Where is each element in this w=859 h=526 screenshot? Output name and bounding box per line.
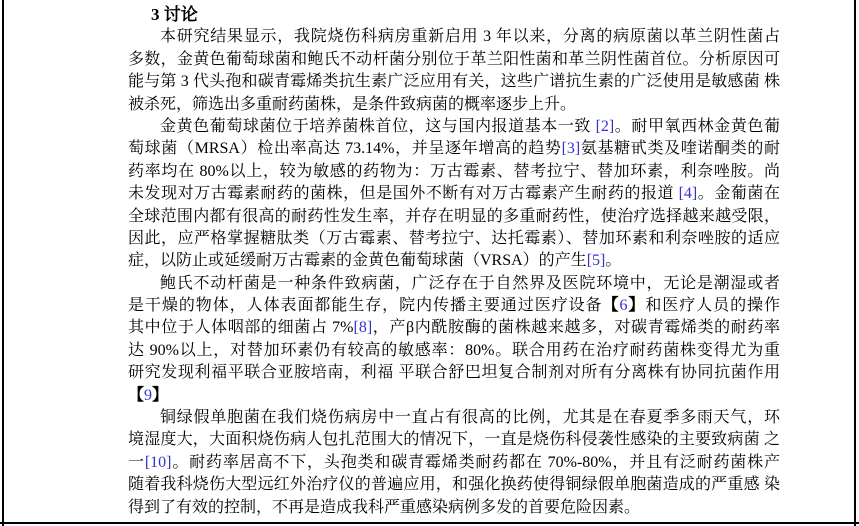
text-run: 是干燥的物体，人体表面都能生存，院内传播主要通过医疗设备 bbox=[128, 297, 602, 314]
text-line: 药率均在 80%以上，较为敏感的药物为：万古霉素、替考拉宁、替加环素，利奈唑胺。… bbox=[128, 161, 780, 183]
text-run: 被杀死，筛选出多重耐药菌株，是条件致病菌的概率逐步上升。 bbox=[128, 96, 576, 113]
text-line: 症，以防止或延缓耐万古霉素的金黄色葡萄球菌（VRSA）的产生[5]。 bbox=[128, 250, 780, 272]
text-line: 【9】 bbox=[128, 385, 780, 407]
text-run: 金黄色葡萄球菌位于培养菌株首位，这与国内报道基本一致 bbox=[160, 118, 596, 135]
page-border-bottom bbox=[0, 522, 859, 524]
text-run: 能与第 3 代头孢和碳青霉烯类抗生素广泛应用有关，这些广谱抗生素的广泛使用是敏感… bbox=[128, 73, 780, 90]
text-run: 。耐药率居高不下，头孢类和碳青霉烯类耐药都在 70%-80%，并且有泛耐药菌株产… bbox=[128, 454, 780, 474]
text-line: 随着我科烧伤大型远红外治疗仪的普遍应用，和强化换药使得铜绿假单胞菌造成的严重感 … bbox=[128, 474, 780, 496]
text-run: 症，以防止或延缓耐万古霉素的金黄色葡萄球菌（VRSA）的产生 bbox=[128, 252, 587, 269]
text-run: 境湿度大，大面积烧伤病人包扎范围大的情况下，一直是烧伤科侵袭性感染的主要致病菌 … bbox=[128, 431, 780, 448]
citation-bracket: 】 bbox=[152, 387, 168, 404]
paragraphs-container: 本研究结果显示，我院烧伤科病房重新启用 3 年以来，分离的病原菌以革兰阴性菌占多… bbox=[128, 26, 780, 519]
citation-ref: [5] bbox=[587, 252, 606, 269]
text-line: 是干燥的物体，人体表面都能生存，院内传播主要通过医疗设备【6】和医疗人员的操作【… bbox=[128, 295, 780, 317]
text-run: 萄球菌（MRSA）检出率高达 73.14%，并呈逐年增高的趋势 bbox=[128, 140, 562, 157]
text-run: 。金葡菌在 bbox=[697, 185, 780, 202]
text-run: 未发现对万古霉素耐药的菌株，但是国外不断有对万古霉素产生耐药的报道 bbox=[128, 185, 679, 202]
text-run: ，产β内酰胺酶的菌株越来越多，对碳青霉烯类的耐药率 bbox=[372, 319, 780, 336]
text-run: 和医疗人员的操作 bbox=[645, 297, 780, 314]
page-border-right bbox=[854, 0, 856, 526]
text-line: 研究发现利福平联合亚胺培南，利福 平联合舒巴坦复合制剂对所有分离株有协同抗菌作用 bbox=[128, 362, 780, 384]
text-run: 鲍氏不动杆菌是一种条件致病菌，广泛存在于自然界及医院环境中，无论是潮湿或者 bbox=[160, 275, 780, 292]
text-line: 金黄色葡萄球菌位于培养菌株首位，这与国内报道基本一致 [2]。耐甲氧西林金黄色葡 bbox=[128, 116, 780, 138]
citation-ref: [10] bbox=[145, 454, 172, 471]
text-line: 其中位于人体咽部的细菌占 7%[8]，产β内酰胺酶的菌株越来越多，对碳青霉烯类的… bbox=[128, 317, 780, 339]
text-run: 得到了有效的控制，不再是造成我科严重感染病例多发的首要危险因素。 bbox=[128, 499, 640, 516]
paragraph: 本研究结果显示，我院烧伤科病房重新启用 3 年以来，分离的病原菌以革兰阴性菌占多… bbox=[128, 26, 780, 116]
citation-ref: [2] bbox=[596, 118, 615, 135]
text-run: 达 90%以上，对替加环素仍有较高的敏感率：80%。联合用药在治疗耐药菌株变得尤… bbox=[128, 342, 780, 362]
text-line: 境湿度大，大面积烧伤病人包扎范围大的情况下，一直是烧伤科侵袭性感染的主要致病菌 … bbox=[128, 429, 780, 451]
text-run: 一 bbox=[128, 454, 145, 471]
text-run: 研究发现利福平联合亚胺培南，利福 平联合舒巴坦复合制剂对所有分离株有协同抗菌作用 bbox=[128, 364, 780, 381]
citation-ref: [8] bbox=[354, 319, 373, 336]
text-line: 未发现对万古霉素耐药的菌株，但是国外不断有对万古霉素产生耐药的报道 [4]。金葡… bbox=[128, 183, 780, 205]
citation-ref: [4] bbox=[679, 185, 698, 202]
text-line: 多数，金黄色葡萄球菌和鲍氏不动杆菌分别位于革兰阳性菌和革兰阴性菌首位。分析原因可 bbox=[128, 49, 780, 71]
text-run: 。 bbox=[605, 252, 621, 269]
text-line: 能与第 3 代头孢和碳青霉烯类抗生素广泛应用有关，这些广谱抗生素的广泛使用是敏感… bbox=[128, 71, 780, 93]
citation-bracket: 【 bbox=[128, 387, 144, 404]
text-run: 铜绿假单胞菌在我们烧伤病房中一直占有很高的比例，尤其是在春夏季多雨天气，环 bbox=[160, 409, 780, 426]
text-run: 随着我科烧伤大型远红外治疗仪的普遍应用，和强化换药使得铜绿假单胞菌造成的严重感 … bbox=[128, 476, 780, 493]
text-line: 因此，应严格掌握糖肽类（万古霉素、替考拉宁、达托霉素）、替加环素和利奈唑胺的适应 bbox=[128, 228, 780, 250]
text-line: 鲍氏不动杆菌是一种条件致病菌，广泛存在于自然界及医院环境中，无论是潮湿或者 bbox=[128, 273, 780, 295]
document-page: 3 讨论 本研究结果显示，我院烧伤科病房重新启用 3 年以来，分离的病原菌以革兰… bbox=[0, 0, 859, 526]
text-line: 被杀死，筛选出多重耐药菌株，是条件致病菌的概率逐步上升。 bbox=[128, 94, 780, 116]
text-line: 全球范围内都有很高的耐药性发生率，并存在明显的多重耐药性，使治疗选择越来越受限， bbox=[128, 206, 780, 228]
text-run: 全球范围内都有很高的耐药性发生率，并存在明显的多重耐药性，使治疗选择越来越受限， bbox=[128, 208, 780, 225]
paragraph: 鲍氏不动杆菌是一种条件致病菌，广泛存在于自然界及医院环境中，无论是潮湿或者是干燥… bbox=[128, 273, 780, 407]
citation-ref: 9 bbox=[144, 387, 152, 404]
text-run: 药率均在 80%以上，较为敏感的药物为：万古霉素、替考拉宁、替加环素，利奈唑胺。… bbox=[128, 163, 780, 180]
text-run: 其中位于人体咽部的细菌占 7% bbox=[128, 319, 354, 336]
citation-bracket: 】 bbox=[627, 297, 645, 314]
text-line: 得到了有效的控制，不再是造成我科严重感染病例多发的首要危险因素。 bbox=[128, 497, 780, 519]
text-line: 铜绿假单胞菌在我们烧伤病房中一直占有很高的比例，尤其是在春夏季多雨天气，环 bbox=[128, 407, 780, 429]
page-border-left bbox=[2, 0, 4, 526]
citation-ref: [3] bbox=[562, 140, 581, 157]
text-run: 因此，应严格掌握糖肽类（万古霉素、替考拉宁、达托霉素）、替加环素和利奈唑胺的适应 bbox=[128, 230, 780, 247]
section-heading: 3 讨论 bbox=[128, 4, 780, 26]
text-run: 本研究结果显示，我院烧伤科病房重新启用 3 年以来，分离的病原菌以革兰阴性菌占 bbox=[160, 28, 780, 45]
text-run: 多数，金黄色葡萄球菌和鲍氏不动杆菌分别位于革兰阳性菌和革兰阴性菌首位。分析原因可 bbox=[128, 51, 780, 68]
text-line: 萄球菌（MRSA）检出率高达 73.14%，并呈逐年增高的趋势[3]氨基糖甙类及… bbox=[128, 138, 780, 160]
document-content: 3 讨论 本研究结果显示，我院烧伤科病房重新启用 3 年以来，分离的病原菌以革兰… bbox=[128, 4, 780, 519]
citation-bracket: 【 bbox=[602, 297, 619, 314]
text-run: 氨基糖甙类及喹诺酮类的耐 bbox=[580, 140, 780, 157]
paragraph: 铜绿假单胞菌在我们烧伤病房中一直占有很高的比例，尤其是在春夏季多雨天气，环境湿度… bbox=[128, 407, 780, 519]
paragraph: 金黄色葡萄球菌位于培养菌株首位，这与国内报道基本一致 [2]。耐甲氧西林金黄色葡… bbox=[128, 116, 780, 273]
text-line: 一[10]。耐药率居高不下，头孢类和碳青霉烯类耐药都在 70%-80%，并且有泛… bbox=[128, 452, 780, 474]
text-run: 。耐甲氧西林金黄色葡 bbox=[614, 118, 780, 135]
text-line: 达 90%以上，对替加环素仍有较高的敏感率：80%。联合用药在治疗耐药菌株变得尤… bbox=[128, 340, 780, 362]
text-line: 本研究结果显示，我院烧伤科病房重新启用 3 年以来，分离的病原菌以革兰阴性菌占 bbox=[128, 26, 780, 48]
